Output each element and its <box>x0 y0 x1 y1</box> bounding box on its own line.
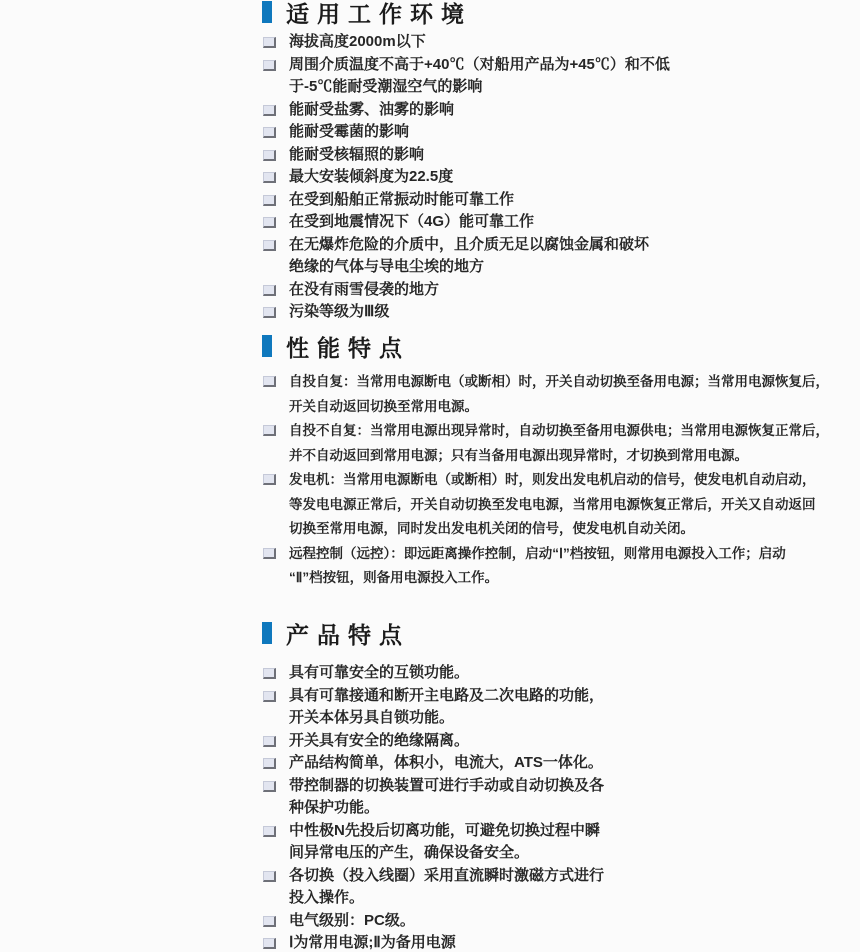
section-title: 性能特点 <box>286 330 410 363</box>
list-item-text: 自投不自复：当常用电源出现异常时，自动切换至备用电源供电；当常用电源恢复正常后，… <box>289 419 829 468</box>
blue-square-icon <box>262 622 272 644</box>
list-item-text: 自投自复：当常用电源断电（或断相）时，开关自动切换至备用电源；当常用电源恢复后，… <box>289 370 829 419</box>
list-item: 具有可靠安全的互锁功能。 <box>263 662 604 685</box>
list-item-text: Ⅰ为常用电源;Ⅱ为备用电源 <box>289 932 456 952</box>
list-item: 在没有雨雪侵袭的地方 <box>263 279 670 302</box>
list-item: 在受到地震情况下（4G）能可靠工作 <box>263 211 670 234</box>
checkbox-icon <box>263 240 276 251</box>
list-item: 自投自复：当常用电源断电（或断相）时，开关自动切换至备用电源；当常用电源恢复后，… <box>263 370 829 419</box>
checkbox-icon <box>263 691 276 702</box>
checkbox-icon <box>263 172 276 183</box>
checkbox-icon <box>263 285 276 296</box>
list-item: 各切换（投入线圈）采用直流瞬时激磁方式进行 投入操作。 <box>263 865 604 910</box>
list-item-text: 海拔高度2000m以下 <box>289 31 426 54</box>
list-item: 最大安装倾斜度为22.5度 <box>263 166 670 189</box>
checkbox-icon <box>263 150 276 161</box>
checkbox-icon <box>263 195 276 206</box>
section-heading: 性能特点 <box>262 334 829 358</box>
checkbox-icon <box>263 60 276 71</box>
list-item: 发电机：当常用电源断电（或断相）时，则发出发电机启动的信号，使发电机自动启动， … <box>263 468 829 542</box>
list-item: 在受到船舶正常振动时能可靠工作 <box>263 189 670 212</box>
list-item-text: 带控制器的切换装置可进行手动或自动切换及各 种保护功能。 <box>289 775 604 820</box>
list-item-text: 开关具有安全的绝缘隔离。 <box>289 730 469 753</box>
datasheet-page: 适用工作环境 海拔高度2000m以下 周围介质温度不高于+40℃（对船用产品为+… <box>0 0 860 952</box>
list-item: 开关具有安全的绝缘隔离。 <box>263 730 604 753</box>
list-item-text: 最大安装倾斜度为22.5度 <box>289 166 453 189</box>
section-title: 适用工作环境 <box>286 0 472 29</box>
checkbox-icon <box>263 217 276 228</box>
list-item: 周围介质温度不高于+40℃（对船用产品为+45℃）和不低 于-5℃能耐受潮湿空气… <box>263 54 670 99</box>
section-title: 产品特点 <box>286 617 410 650</box>
list-item-text: 产品结构简单，体积小，电流大，ATS一体化。 <box>289 752 603 775</box>
list-item: 能耐受盐雾、油雾的影响 <box>263 99 670 122</box>
section-performance-features: 性能特点 自投自复：当常用电源断电（或断相）时，开关自动切换至备用电源；当常用电… <box>262 334 829 591</box>
list-item-text: 各切换（投入线圈）采用直流瞬时激磁方式进行 投入操作。 <box>289 865 604 910</box>
checkbox-icon <box>263 425 276 436</box>
checkbox-icon <box>263 307 276 318</box>
list-item: 在无爆炸危险的介质中，且介质无足以腐蚀金属和破坏 绝缘的气体与导电尘埃的地方 <box>263 234 670 279</box>
list-item-text: 中性极N先投后切离功能，可避免切换过程中瞬 间异常电压的产生，确保设备安全。 <box>289 820 600 865</box>
list-item: 产品结构简单，体积小，电流大，ATS一体化。 <box>263 752 604 775</box>
checkbox-icon <box>263 826 276 837</box>
checkbox-icon <box>263 474 276 485</box>
list-item-text: 发电机：当常用电源断电（或断相）时，则发出发电机启动的信号，使发电机自动启动， … <box>289 468 816 542</box>
checkbox-icon <box>263 548 276 559</box>
section-working-environment: 适用工作环境 海拔高度2000m以下 周围介质温度不高于+40℃（对船用产品为+… <box>262 0 670 324</box>
checkbox-icon <box>263 105 276 116</box>
list-item: 具有可靠接通和断开主电路及二次电路的功能， 开关本体另具自锁功能。 <box>263 685 604 730</box>
list-item: 污染等级为Ⅲ级 <box>263 301 670 324</box>
checkbox-icon <box>263 37 276 48</box>
list-item-text: 具有可靠安全的互锁功能。 <box>289 662 469 685</box>
checkbox-icon <box>263 938 276 949</box>
list-item-text: 电气级别：PC级。 <box>289 910 415 933</box>
list-item-text: 在受到船舶正常振动时能可靠工作 <box>289 189 514 212</box>
checkbox-icon <box>263 736 276 747</box>
checkbox-icon <box>263 668 276 679</box>
list-item-text: 具有可靠接通和断开主电路及二次电路的功能， 开关本体另具自锁功能。 <box>289 685 604 730</box>
list-item-text: 能耐受盐雾、油雾的影响 <box>289 99 454 122</box>
list-item: Ⅰ为常用电源;Ⅱ为备用电源 <box>263 932 604 952</box>
list-item-text: 在受到地震情况下（4G）能可靠工作 <box>289 211 534 234</box>
bullet-list: 具有可靠安全的互锁功能。 具有可靠接通和断开主电路及二次电路的功能， 开关本体另… <box>262 662 604 952</box>
blue-square-icon <box>262 1 272 23</box>
list-item-text: 周围介质温度不高于+40℃（对船用产品为+45℃）和不低 于-5℃能耐受潮湿空气… <box>289 54 670 99</box>
checkbox-icon <box>263 127 276 138</box>
list-item-text: 在无爆炸危险的介质中，且介质无足以腐蚀金属和破坏 绝缘的气体与导电尘埃的地方 <box>289 234 649 279</box>
list-item-text: 远程控制（远控）：即远距离操作控制，启动“Ⅰ”档按钮，则常用电源投入工作；启动 … <box>289 542 786 591</box>
checkbox-icon <box>263 781 276 792</box>
list-item: 能耐受霉菌的影响 <box>263 121 670 144</box>
list-item: 中性极N先投后切离功能，可避免切换过程中瞬 间异常电压的产生，确保设备安全。 <box>263 820 604 865</box>
blue-square-icon <box>262 335 272 357</box>
checkbox-icon <box>263 871 276 882</box>
list-item: 远程控制（远控）：即远距离操作控制，启动“Ⅰ”档按钮，则常用电源投入工作；启动 … <box>263 542 829 591</box>
list-item: 带控制器的切换装置可进行手动或自动切换及各 种保护功能。 <box>263 775 604 820</box>
section-heading: 产品特点 <box>262 621 604 645</box>
list-item: 海拔高度2000m以下 <box>263 31 670 54</box>
list-item: 能耐受核辐照的影响 <box>263 144 670 167</box>
list-item-text: 能耐受核辐照的影响 <box>289 144 424 167</box>
list-item: 电气级别：PC级。 <box>263 910 604 933</box>
list-item-text: 污染等级为Ⅲ级 <box>289 301 389 324</box>
list-item-text: 能耐受霉菌的影响 <box>289 121 409 144</box>
list-item: 自投不自复：当常用电源出现异常时，自动切换至备用电源供电；当常用电源恢复正常后，… <box>263 419 829 468</box>
checkbox-icon <box>263 758 276 769</box>
section-heading: 适用工作环境 <box>262 0 670 24</box>
checkbox-icon <box>263 376 276 387</box>
section-product-features: 产品特点 具有可靠安全的互锁功能。 具有可靠接通和断开主电路及二次电路的功能， … <box>262 621 604 952</box>
bullet-list: 海拔高度2000m以下 周围介质温度不高于+40℃（对船用产品为+45℃）和不低… <box>262 31 670 324</box>
checkbox-icon <box>263 916 276 927</box>
list-item-text: 在没有雨雪侵袭的地方 <box>289 279 439 302</box>
bullet-list: 自投自复：当常用电源断电（或断相）时，开关自动切换至备用电源；当常用电源恢复后，… <box>262 370 829 591</box>
